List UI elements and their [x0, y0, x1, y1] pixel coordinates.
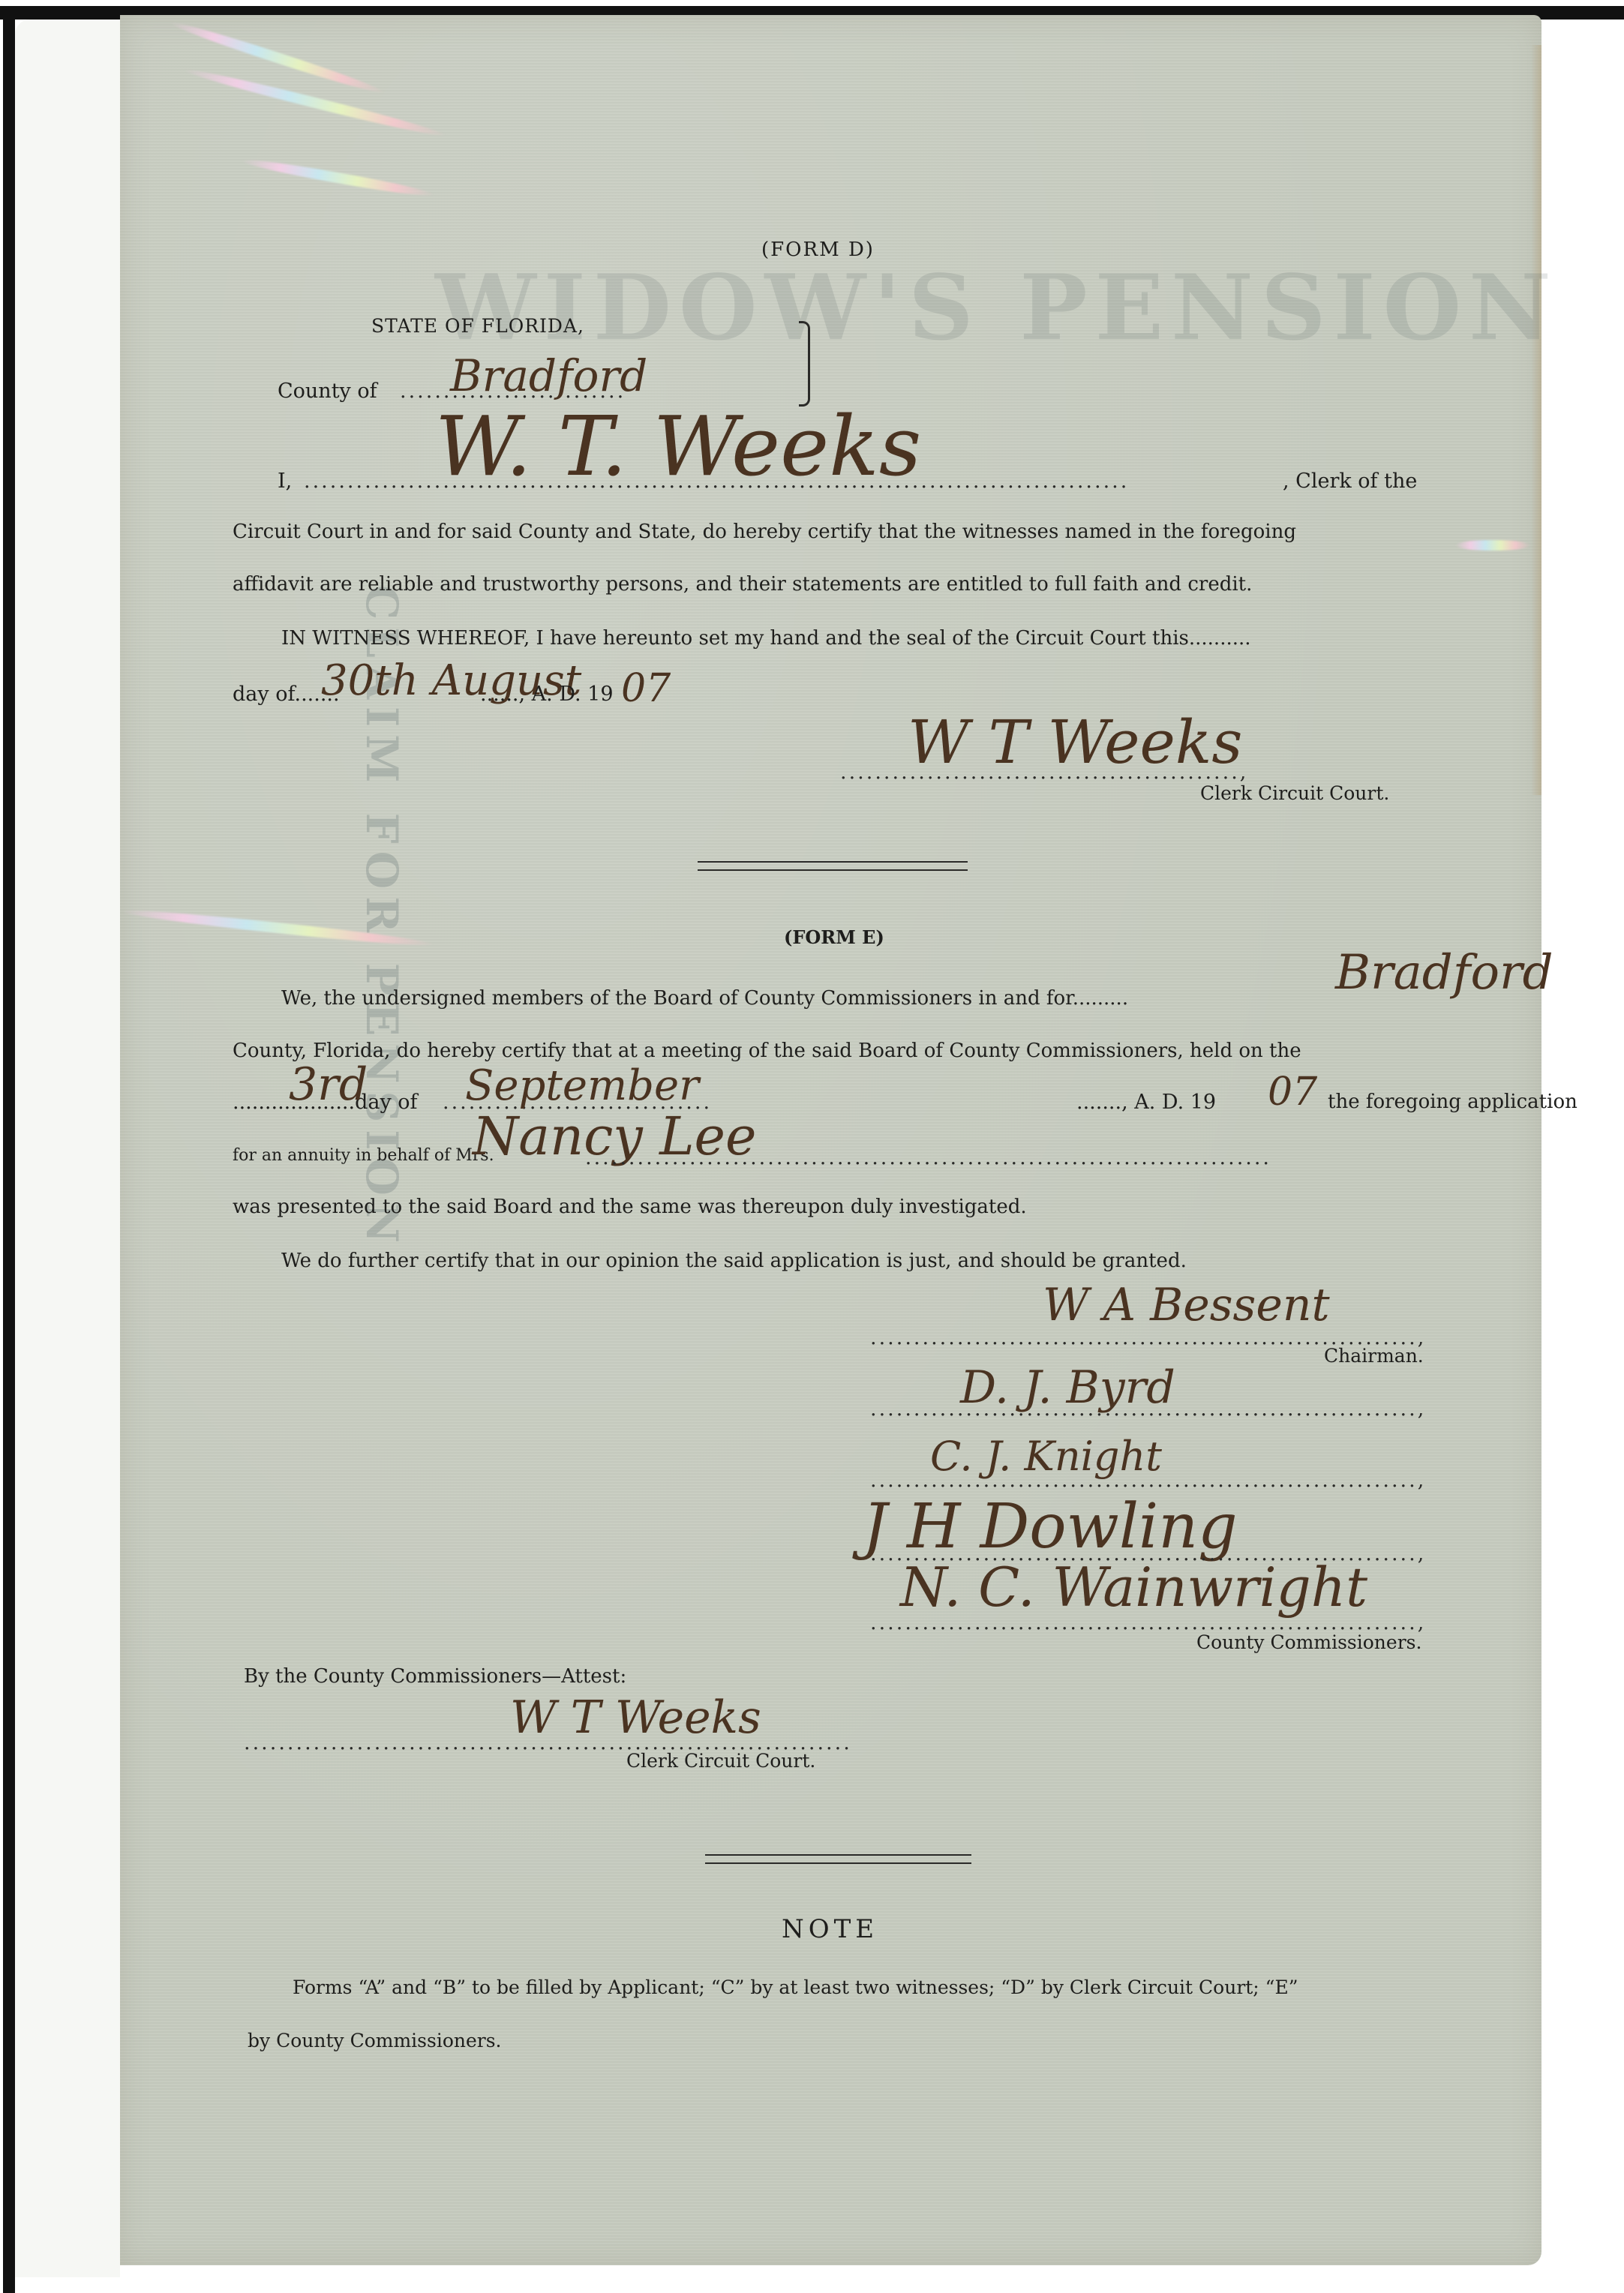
- plastic-glare: [1455, 540, 1530, 551]
- sleeve-margin: [15, 20, 120, 2277]
- plastic-glare: [169, 18, 386, 98]
- witness-line: IN WITNESS WHEREOF, I have hereunto set …: [281, 629, 1251, 648]
- form-e-line-3-suffix: the foregoing application: [1328, 1092, 1577, 1112]
- divider-rule: [705, 1854, 971, 1856]
- form-e-county-handwritten: Bradford: [1335, 949, 1553, 997]
- annuity-dots: ........................................…: [585, 1148, 1271, 1168]
- note-line-2: by County Commissioners.: [248, 2031, 502, 2050]
- clerk-suffix: , Clerk of the: [1283, 471, 1417, 491]
- form-e-year-handwritten: 07: [1268, 1073, 1317, 1112]
- form-d-heading: (FORM D): [761, 240, 875, 260]
- county-bracket: [799, 321, 810, 407]
- clerk-prefix: I,: [278, 471, 292, 491]
- note-line-1: Forms “A” and “B” to be filled by Applic…: [293, 1978, 1298, 1997]
- plastic-glare: [241, 156, 434, 200]
- form-e-heading: (FORM E): [784, 929, 884, 947]
- signature-title-commissioners: County Commissioners.: [1196, 1633, 1421, 1652]
- scan-border-left: [3, 6, 15, 2293]
- form-d-body-line-2: affidavit are reliable and trustworthy p…: [233, 575, 1252, 594]
- county-handwritten: Bradford: [450, 354, 647, 398]
- year-prefix: ......., A. D. 19: [1076, 1092, 1216, 1112]
- form-e-line-5: was presented to the said Board and the …: [233, 1197, 1027, 1217]
- edge-stain: [1531, 45, 1541, 795]
- clerk-signature-title: Clerk Circuit Court.: [1200, 784, 1389, 803]
- form-e-line-6: We do further certify that in our opinio…: [281, 1251, 1187, 1271]
- signature-dots: ........................................…: [870, 1613, 1426, 1633]
- divider-rule: [698, 861, 968, 863]
- day-handwritten: 3rd: [289, 1062, 368, 1107]
- plastic-glare: [183, 65, 448, 141]
- divider-rule: [705, 1862, 971, 1864]
- document-page: WIDOW'S PENSION CLAIM FOR PENSION (FORM …: [120, 15, 1541, 2265]
- attest-label: By the County Commissioners—Attest:: [244, 1667, 626, 1686]
- state-line: STATE OF FLORIDA,: [371, 317, 584, 335]
- form-e-line-2: County, Florida, do hereby certify that …: [233, 1041, 1301, 1061]
- show-through-title: WIDOW'S PENSION: [435, 255, 1559, 361]
- clerk-signature-dots: ........................................…: [840, 762, 1248, 782]
- signature-commissioner-5: N. C. Wainwright: [900, 1560, 1367, 1614]
- clerk-name-handwritten: W. T. Weeks: [435, 405, 921, 488]
- signature-dots: ........................................…: [870, 1399, 1426, 1419]
- form-d-body-line-1: Circuit Court in and for said County and…: [233, 522, 1296, 542]
- year-handwritten: 07: [621, 669, 671, 708]
- county-label: County of: [278, 381, 377, 401]
- signature-chairman: W A Bessent: [1043, 1283, 1330, 1328]
- signature-title-chairman: Chairman.: [1324, 1346, 1424, 1365]
- attest-title: Clerk Circuit Court.: [626, 1751, 815, 1770]
- annuity-prefix: for an annuity in behalf of Mrs.: [233, 1148, 494, 1164]
- form-e-line-1: We, the undersigned members of the Board…: [281, 989, 1128, 1008]
- date-suffix: ......, A. D. 19: [480, 684, 614, 704]
- divider-rule: [698, 869, 968, 871]
- note-heading: NOTE: [782, 1916, 878, 1942]
- month-handwritten: September: [465, 1065, 699, 1107]
- signature-dots: ........................................…: [870, 1470, 1426, 1490]
